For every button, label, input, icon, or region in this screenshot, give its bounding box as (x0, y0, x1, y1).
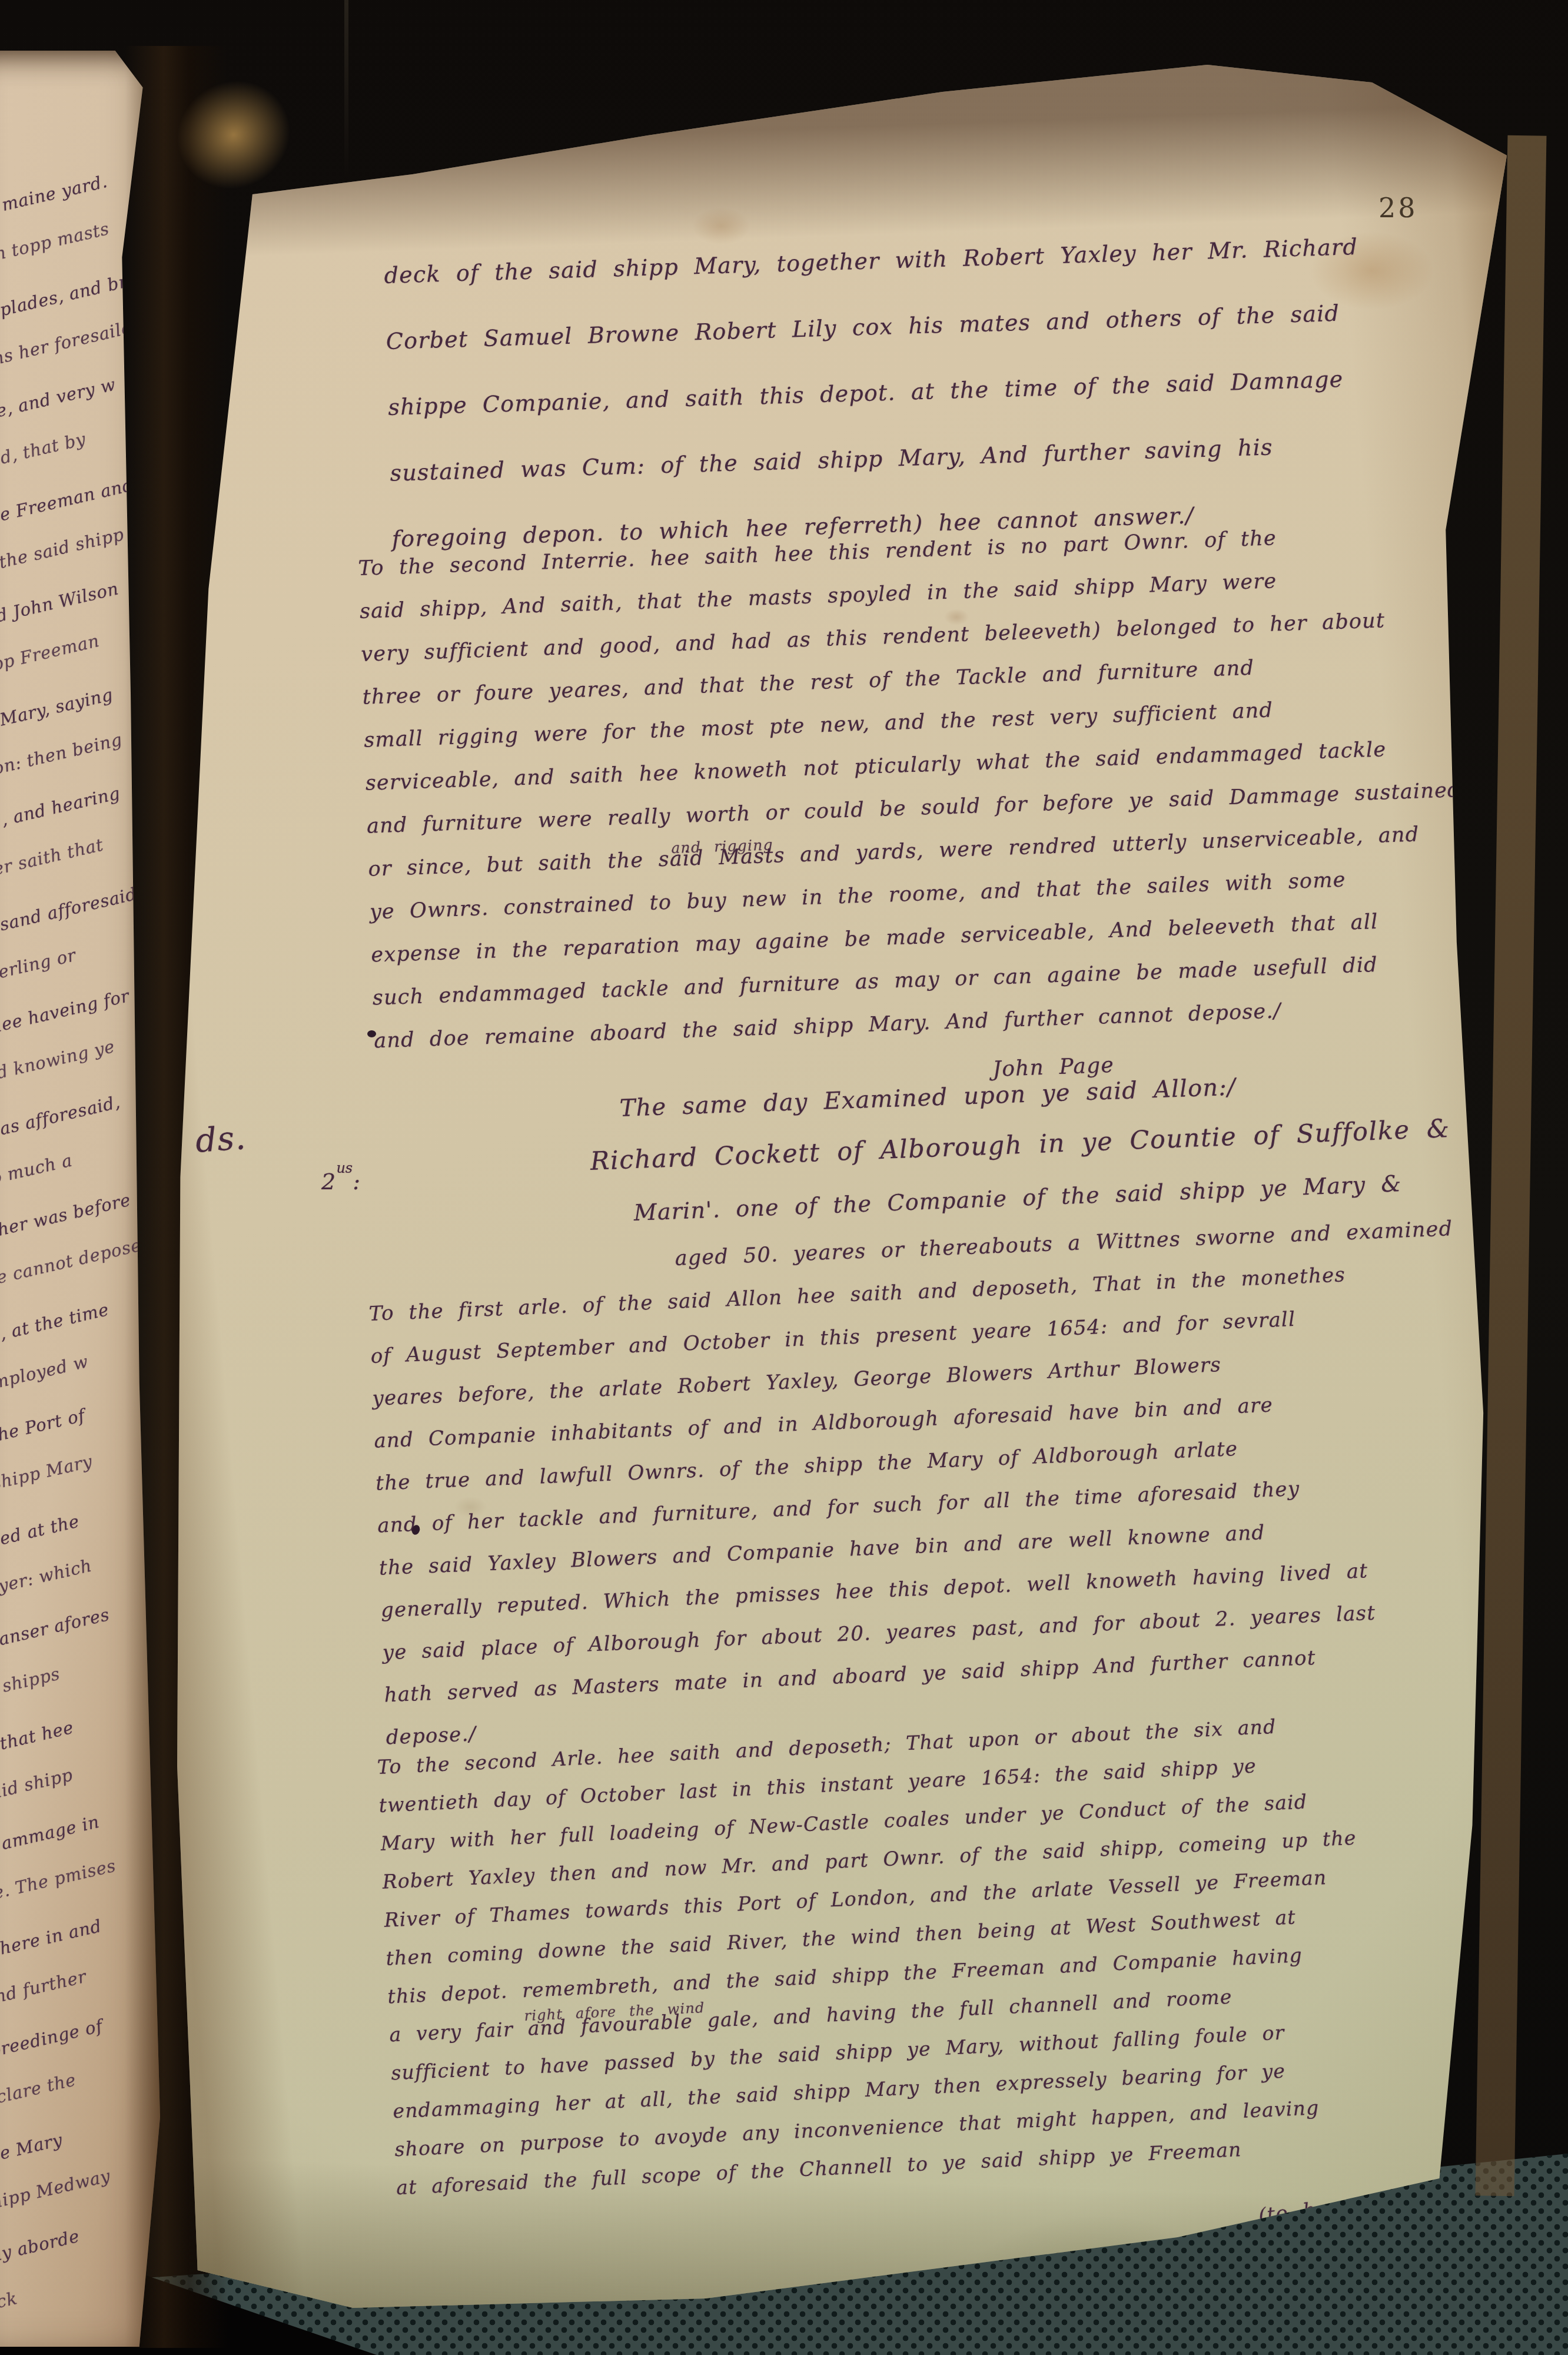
manuscript-line: plades, and bra (0, 270, 134, 320)
manuscript-line: shipp Medway (0, 2161, 134, 2215)
ink-blot (367, 1030, 376, 1037)
manuscript-line: le, and very w (0, 370, 134, 422)
manuscript-line: d, and hearing (0, 780, 134, 832)
manuscript-line: ed at the (0, 1499, 134, 1549)
witness-number: 2us: (321, 1160, 361, 1195)
manuscript-line: employed w (0, 1341, 134, 1395)
manuscript-line: hee cannot depose (0, 1238, 134, 1293)
session-heading: The same day Examined upon ye said Allon… (619, 1073, 1236, 1122)
manuscript-line: sand afforesaid (0, 884, 134, 934)
manuscript-line: And further (0, 1956, 134, 2010)
deponent-signature: John Page (992, 1053, 1114, 1082)
first-article-paragraph: To the first arle. of the said Allon hee… (368, 1262, 1380, 1768)
manuscript-text-layer: 28 deck of the said shipp Mary, together… (0, 0, 1568, 2355)
manuscript-line: , at the time (0, 1294, 134, 1344)
manuscript-line: pon: then being (0, 727, 134, 781)
manuscript-line: declare the (0, 2057, 134, 2112)
witness-name-heading: Richard Cockett of Alborough in ye Count… (590, 1114, 1450, 1176)
manuscript-line: ther saith that (0, 828, 134, 883)
manuscript-line: son topp masts (0, 213, 134, 268)
manuscript-line: here in and (0, 1909, 134, 1959)
witness-number-superscript: us (336, 1160, 353, 1176)
manuscript-line: and knowing ye (0, 1033, 134, 1088)
second-article-paragraph: To the second Arle. hee saith and depose… (377, 1711, 1371, 2214)
manuscript-line: so much a (0, 1136, 134, 1190)
witness-number-punctuation: : (353, 1169, 361, 1195)
manuscript-line: e Mary (0, 2114, 134, 2164)
manuscript-line: e Freeman and (0, 475, 134, 525)
manuscript-line: Mary, saying (0, 679, 134, 729)
manuscript-line: id John Wilson (0, 575, 134, 627)
manuscript-line: d shipp Mary (0, 1442, 134, 1497)
manuscript-line: d the said shipp (0, 522, 134, 576)
background-cloth-crease (344, 0, 348, 183)
second-interrogatory-paragraph: To the second Interrie. hee saith hee th… (358, 520, 1469, 1072)
manuscript-line: loyer: which (0, 1546, 134, 1600)
manuscript-line: as afforesaid, (0, 1089, 134, 1139)
manuscript-line: oreedinge of (0, 2009, 134, 2061)
facing-page-text-fragments: , maine yard.son topp mastsplades, and b… (0, 198, 135, 2317)
manuscript-line: ranser afores (0, 1599, 134, 1651)
manuscript-line: hipp Freeman (0, 623, 134, 678)
manuscript-line: ny aborde (0, 2214, 134, 2266)
interlineation-and-rigging: and rigging (671, 836, 773, 857)
manuscript-line: said, that by (0, 418, 134, 473)
book-page-stack-edge (1476, 135, 1547, 2197)
manuscript-line: dammage in (0, 1804, 134, 1856)
manuscript-photograph: , maine yard.son topp mastsplades, and b… (0, 0, 1568, 2355)
manuscript-line: ther was before (0, 1189, 134, 1241)
examination-mark: ds. (194, 1119, 247, 1160)
manuscript-line: sterling or (0, 931, 134, 986)
witness-number-base: 2 (321, 1169, 336, 1195)
manuscript-line: ons her foresaile (0, 317, 134, 372)
manuscript-line: , maine yard. (0, 165, 134, 217)
witness-age-heading: aged 50. yeares or thereabouts a Wittnes… (675, 1217, 1453, 1271)
manuscript-line: that hee (0, 1704, 134, 1754)
manuscript-line: he shipps (0, 1647, 134, 1702)
manuscript-line: the Port of (0, 1394, 134, 1446)
folio-number: 28 (1378, 192, 1418, 224)
manuscript-line: ute. The pmises (0, 1852, 134, 1907)
manuscript-line: said shipp (0, 1751, 134, 1805)
manuscript-line: deck (0, 2261, 134, 2317)
manuscript-line: hee haveing for (0, 985, 134, 1037)
witness-role-heading: Marin'. one of the Companie of the said … (633, 1170, 1402, 1226)
